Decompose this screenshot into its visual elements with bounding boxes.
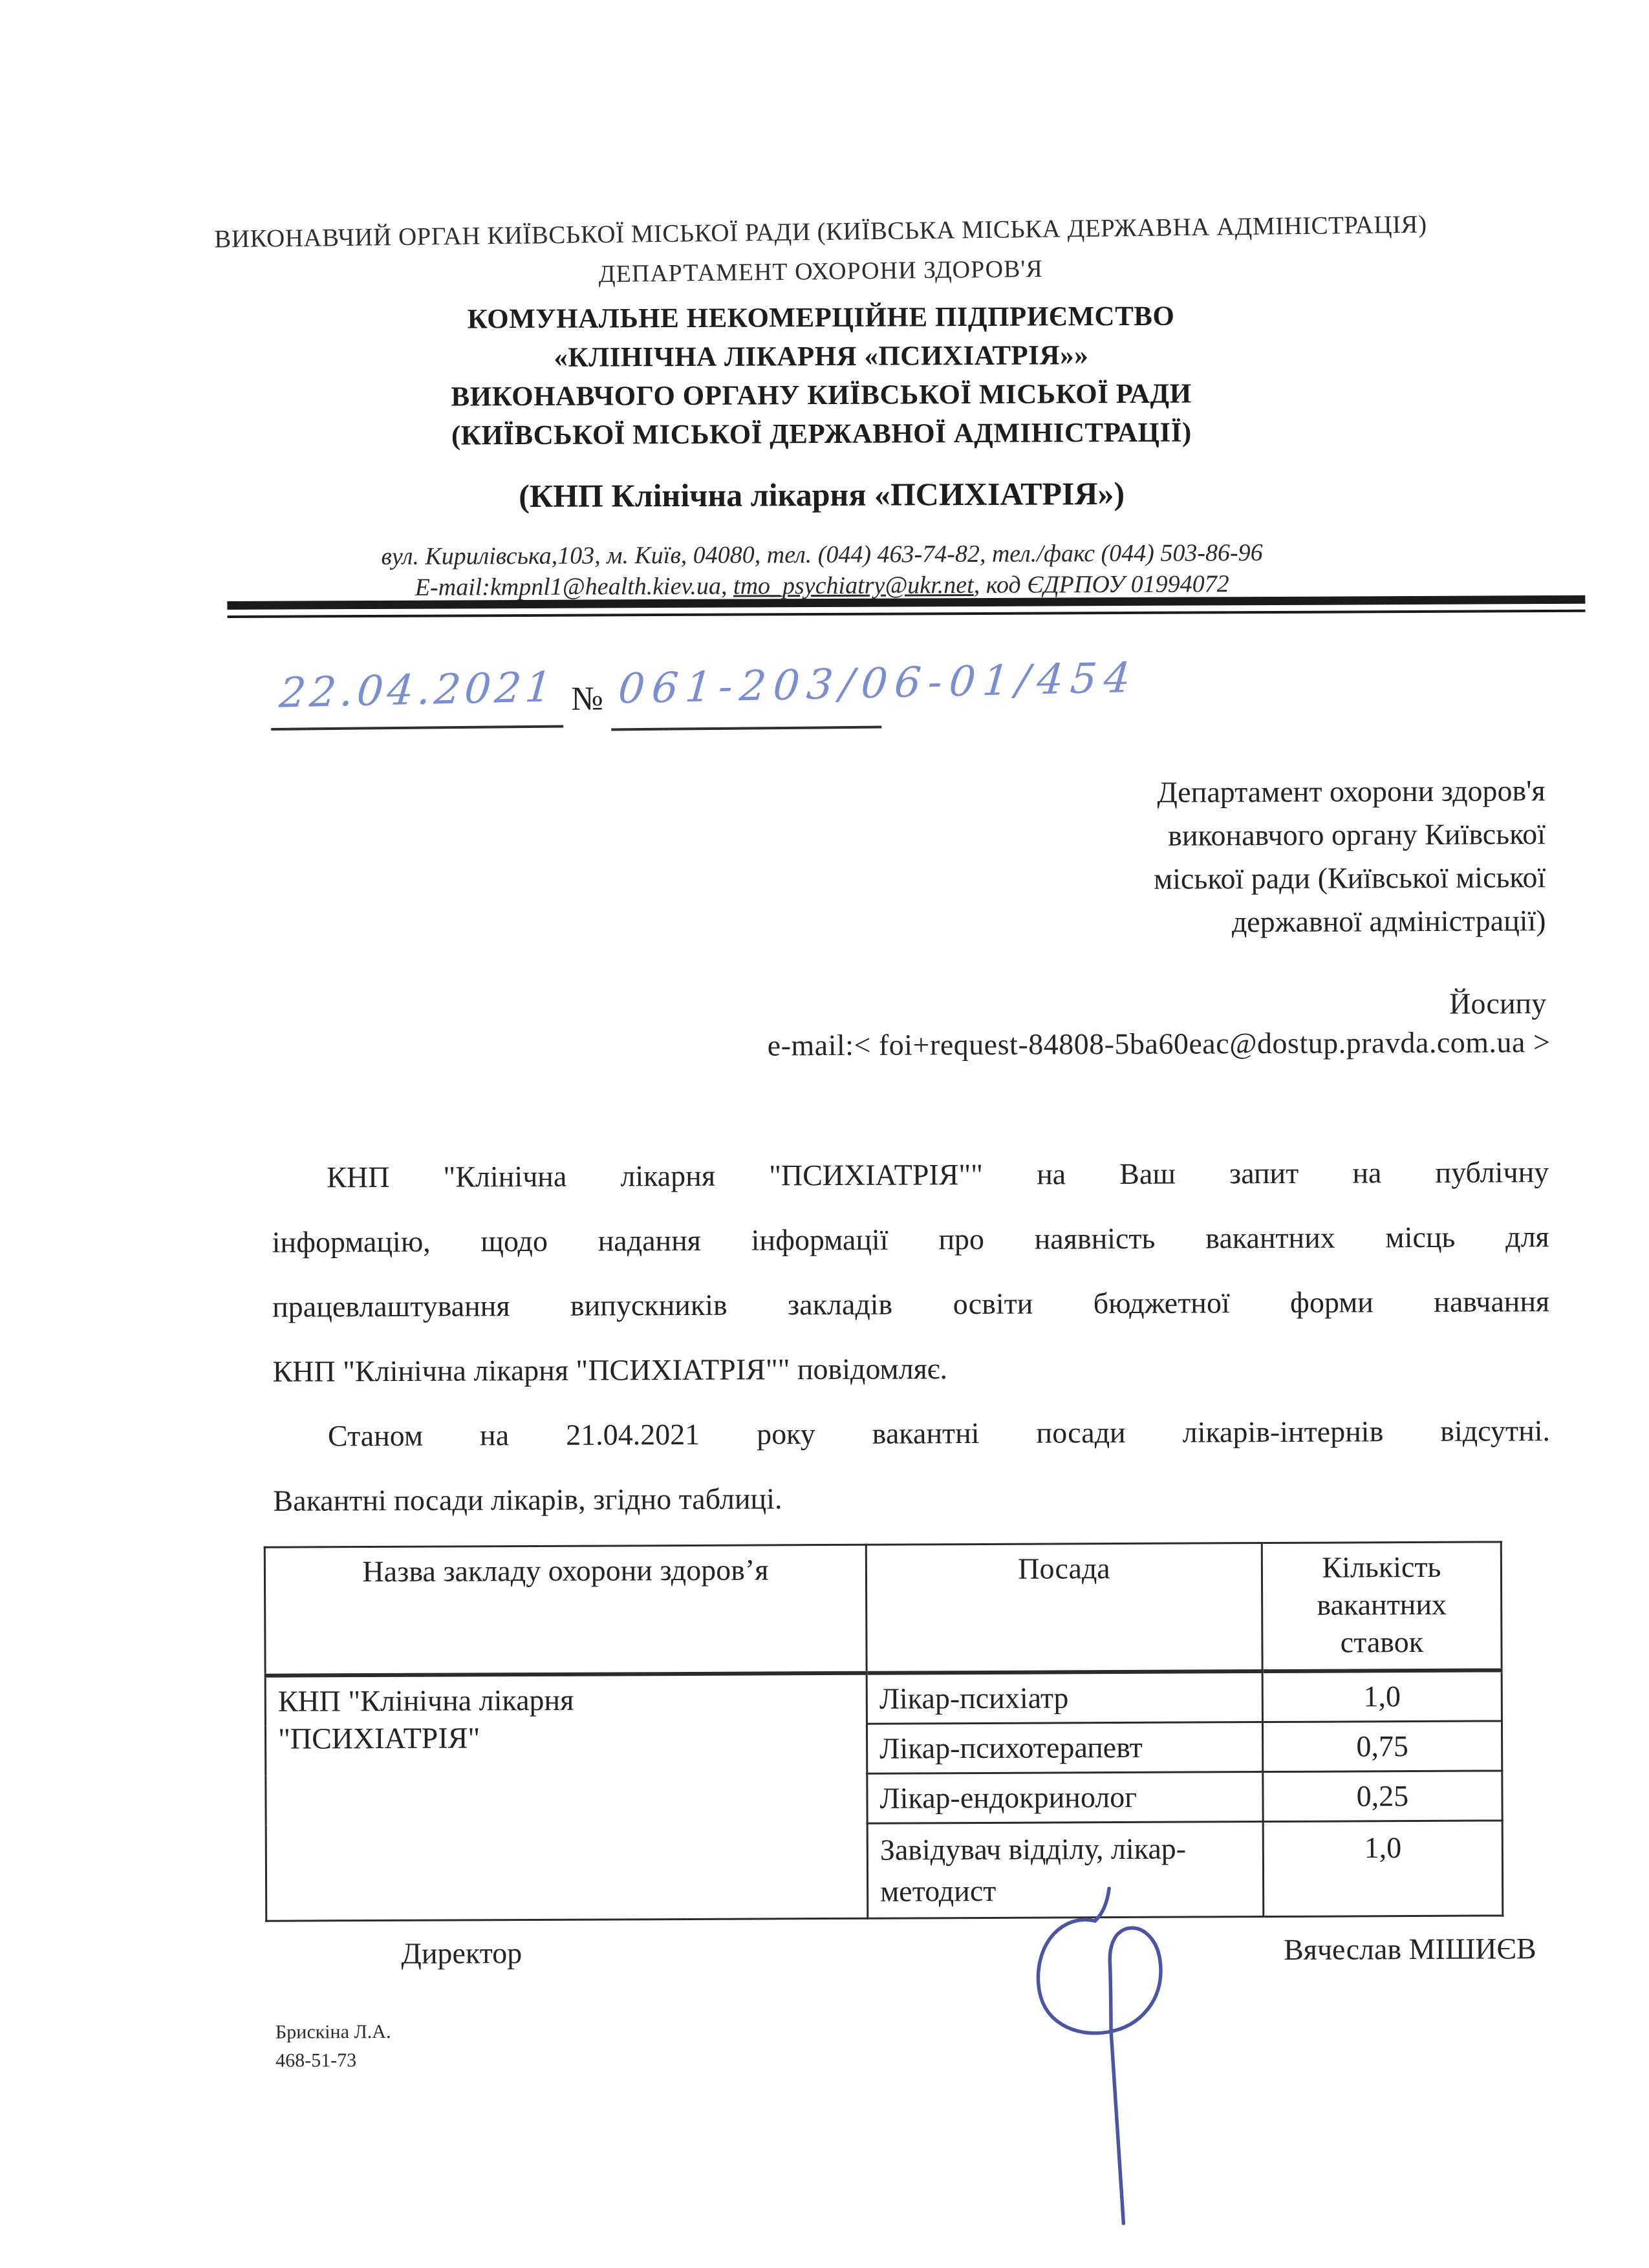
table-row: КНП "Клінічна лікарня "ПСИХІАТРІЯ" Лікар… — [265, 1670, 1502, 1726]
body-line-6: Вакантні посади лікарів, згідно таблиці. — [273, 1463, 1550, 1534]
body-line-5: Станом на 21.04.2021 року вакантні посад… — [273, 1398, 1550, 1469]
recipient-block: Департамент охорони здоров'я виконавчого… — [1153, 769, 1546, 944]
recipient-line-1: Департамент охорони здоров'я — [1153, 769, 1545, 814]
organization-name-block: КОМУНАЛЬНЕ НЕКОМЕРЦІЙНЕ ПІДПРИЄМСТВО «КЛ… — [0, 295, 1646, 457]
executor-block: Брискіна Л.А. 468-51-73 — [275, 2018, 391, 2075]
ref-number-label: № — [571, 679, 603, 718]
body-line-3: працевлаштування випускників закладів ос… — [272, 1269, 1549, 1340]
col-header-facility: Назва закладу охорони здоров’я — [264, 1545, 867, 1675]
vacancies-table: Назва закладу охорони здоров’я Посада Кі… — [264, 1541, 1504, 1921]
date-underline — [271, 725, 563, 731]
signatory-name: Вячеслав МІШИЄВ — [1284, 1931, 1536, 1967]
letterhead-authority-line: ВИКОНАВЧИЙ ОРГАН КИЇВСЬКОЇ МІСЬКОЇ РАДИ … — [0, 207, 1645, 256]
letterhead-separator-thin — [227, 610, 1585, 618]
col-header-position: Посада — [866, 1543, 1262, 1673]
position-cell: Лікар-психотерапевт — [867, 1722, 1262, 1773]
director-signature-icon — [1012, 1869, 1181, 2232]
facility-line-2: "ПСИХІАТРІЯ" — [278, 1717, 854, 1757]
vacancy-cell: 0,25 — [1263, 1770, 1502, 1821]
recipient-line-4: державної адміністрації) — [1154, 899, 1546, 944]
number-underline — [611, 726, 881, 731]
executor-phone: 468-51-73 — [275, 2046, 391, 2075]
body-line-1: КНП "Клінічна лікарня "ПСИХІАТРІЯ"" на В… — [272, 1140, 1549, 1210]
scanned-letter-content: ВИКОНАВЧИЙ ОРГАН КИЇВСЬКОЇ МІСЬКОЇ РАДИ … — [0, 0, 1649, 2268]
recipient-email-line: e-mail:< foi+request-84808-5ba60eac@dost… — [768, 1025, 1551, 1062]
handwritten-ref-number: 061-203/06-01/454 — [616, 654, 1139, 714]
body-line-2: інформацію, щодо надання інформації про … — [272, 1204, 1549, 1275]
org-short-name: (КНП Клінічна лікарня «ПСИХІАТРІЯ») — [0, 472, 1646, 517]
contacts-email-2: tmo_psychiatry@ukr.net — [733, 572, 974, 600]
position-cell: Лікар-психіатр — [867, 1671, 1262, 1724]
executor-name: Брискіна Л.А. — [275, 2018, 391, 2047]
vacancy-cell: 1,0 — [1263, 1820, 1503, 1916]
facility-line-1: КНП "Клінічна лікарня — [278, 1680, 854, 1720]
recipient-line-2: виконавчого органу Київської — [1154, 812, 1546, 857]
letter-body: КНП "Клінічна лікарня "ПСИХІАТРІЯ"" на В… — [272, 1140, 1551, 1534]
table-header-row: Назва закладу охорони здоров’я Посада Кі… — [264, 1542, 1502, 1675]
body-line-4: КНП "Клінічна лікарня "ПСИХІАТРІЯ"" пові… — [272, 1334, 1549, 1404]
contacts-edrpou: , код ЄДРПОУ 01994072 — [974, 570, 1229, 599]
signatory-title: Директор — [401, 1936, 522, 1971]
org-name-line-2: «КЛІНІЧНА ЛІКАРНЯ «ПСИХІАТРІЯ»» — [0, 334, 1646, 380]
facility-cell: КНП "Клінічна лікарня "ПСИХІАТРІЯ" — [265, 1673, 868, 1921]
org-name-line-3: ВИКОНАВЧОГО ОРГАНУ КИЇВСЬКОЇ МІСЬКОЇ РАД… — [0, 372, 1646, 418]
handwritten-date: 22.04.2021 — [277, 663, 557, 717]
org-name-line-1: КОМУНАЛЬНЕ НЕКОМЕРЦІЙНЕ ПІДПРИЄМСТВО — [0, 295, 1646, 341]
vacancy-cell: 0,75 — [1262, 1720, 1502, 1771]
letterhead-department-line: ДЕПАРТАМЕНТ ОХОРОНИ ЗДОРОВ'Я — [0, 247, 1645, 295]
recipient-line-3: міської ради (Київської міської — [1154, 855, 1546, 901]
org-name-line-4: (КИЇВСЬКОЇ МІСЬКОЇ ДЕРЖАВНОЇ АДМІНІСТРАЦ… — [0, 411, 1646, 457]
recipient-addressee: Йосипу — [1449, 986, 1546, 1021]
letter-page: ВИКОНАВЧИЙ ОРГАН КИЇВСЬКОЇ МІСЬКОЇ РАДИ … — [0, 0, 1649, 2268]
position-cell: Лікар-ендокринолог — [867, 1771, 1263, 1823]
contacts-email-1: E-mail:kmpnl1@health.kiev.ua, — [415, 573, 733, 601]
address-line: вул. Кирилівська,103, м. Київ, 04080, те… — [0, 537, 1646, 572]
col-header-vacancies: Кількість вакантних ставок — [1262, 1542, 1502, 1671]
vacancy-cell: 1,0 — [1262, 1670, 1502, 1722]
